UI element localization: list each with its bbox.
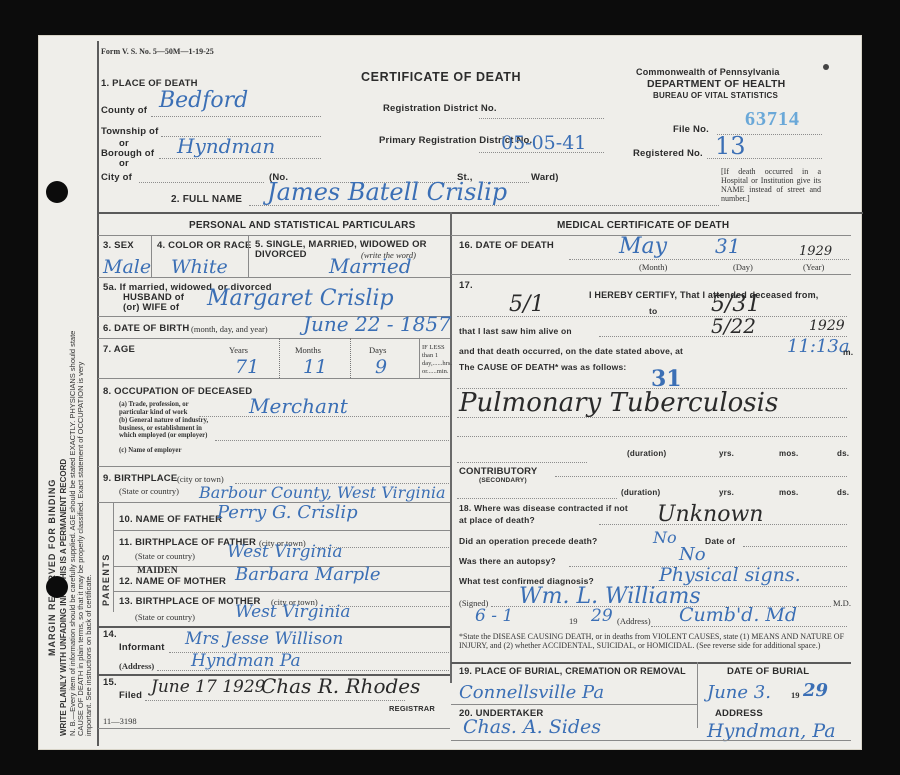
- cause-label: The CAUSE OF DEATH* was as follows:: [459, 362, 626, 372]
- physician-address-label: (Address): [617, 616, 651, 626]
- mos-label: mos.: [779, 449, 798, 458]
- death-time-label: and that death occurred, on the date sta…: [459, 346, 683, 356]
- duration-label: (duration): [627, 449, 666, 458]
- death-certificate: MARGIN RESERVED FOR BINDING WRITE PLAINL…: [38, 35, 862, 750]
- father-label: 10. NAME OF FATHER: [119, 514, 222, 525]
- day-caption: (Day): [733, 262, 753, 272]
- city-label: City of: [101, 172, 132, 183]
- signed-year-prefix: 19: [569, 616, 578, 626]
- attended-from: 5/1: [509, 292, 544, 317]
- contributory-mos-label: mos.: [779, 488, 798, 497]
- contracted-value: Unknown: [657, 502, 763, 527]
- certificate-title: CERTIFICATE OF DEATH: [361, 70, 521, 84]
- contributory-ds-label: ds.: [837, 488, 849, 497]
- full-name-value: James Batell Crislip: [267, 178, 507, 206]
- sex-value: Male: [103, 256, 151, 278]
- registrar-signature: Chas R. Rhodes: [261, 674, 420, 698]
- operation-value: No: [653, 528, 677, 547]
- registered-no-label: Registered No.: [633, 148, 703, 159]
- burial-place-label: 19. PLACE OF BURIAL, CREMATION OR REMOVA…: [459, 666, 689, 676]
- burial-year-prefix: 19: [791, 690, 800, 700]
- personal-section-title: PERSONAL AND STATISTICAL PARTICULARS: [189, 220, 415, 231]
- operation-date-label: Date of: [705, 536, 735, 546]
- death-month: May: [619, 234, 667, 259]
- issuer-department: DEPARTMENT OF HEALTH: [647, 78, 785, 90]
- contracted-label: 18. Where was disease contracted if not …: [459, 502, 629, 526]
- issuer-bureau: BUREAU OF VITAL STATISTICS: [653, 91, 778, 100]
- informant-number: 14.: [103, 629, 117, 640]
- mother-value: Barbara Marple: [235, 564, 381, 585]
- death-time: 11:13a: [787, 336, 850, 357]
- autopsy-label: Was there an autopsy?: [459, 556, 556, 566]
- filed-label: Filed: [119, 690, 142, 701]
- father-birthplace-note-state: (State or country): [135, 551, 195, 561]
- age-days-label: Days: [369, 345, 386, 355]
- age-months: 11: [303, 356, 327, 378]
- filed-number: 15.: [103, 677, 117, 688]
- mother-label-maiden: MAIDEN: [137, 566, 178, 576]
- marital-value: Married: [329, 254, 412, 278]
- signed-year: 29: [591, 606, 613, 626]
- ds-label: ds.: [837, 449, 849, 458]
- age-less-than-day: IF LESS than 1 day,......hrs. or......mi…: [422, 344, 450, 376]
- dob-note: (month, day, and year): [191, 324, 268, 334]
- mother-label: 12. NAME OF MOTHER: [119, 576, 226, 587]
- burial-year: 29: [803, 680, 828, 701]
- registration-district-label: Registration District No.: [383, 104, 473, 114]
- filed-date: June 17 1929: [151, 677, 265, 697]
- file-no-label: File No.: [673, 124, 709, 135]
- spouse-value: Margaret Crislip: [207, 286, 394, 311]
- test-value: Physical signs.: [659, 564, 801, 586]
- informant-value: Mrs Jesse Willison: [185, 629, 343, 649]
- burial-place-value: Connellsville Pa: [459, 682, 604, 703]
- undertaker-value: Chas. A. Sides: [463, 716, 601, 738]
- full-name-label: 2. FULL NAME: [171, 194, 242, 205]
- father-value: Perry G. Crislip: [217, 502, 358, 523]
- age-months-label: Months: [295, 345, 321, 355]
- father-birthplace-value: West Virginia: [227, 542, 343, 562]
- death-year: 1929: [799, 244, 832, 259]
- dob-label: 6. DATE OF BIRTH: [103, 323, 189, 334]
- physician-address: Cumb'd. Md: [679, 604, 797, 626]
- cause-footnote: *State the DISEASE CAUSING DEATH, or in …: [459, 632, 849, 650]
- dob-value: June 22 - 1857: [303, 312, 451, 336]
- margin-instruction-4: important. See instructions on back of c…: [84, 574, 93, 736]
- informant-address-value: Hyndman Pa: [191, 651, 301, 671]
- form-number: Form V. S. No. 5—50M—1-19-25: [101, 47, 214, 56]
- township-label: Township of: [101, 126, 158, 137]
- issuer-commonwealth: Commonwealth of Pennsylvania: [636, 67, 780, 77]
- birthplace-label: 9. BIRTHPLACE: [103, 473, 177, 484]
- margin-rule: [97, 41, 99, 746]
- certify-text: I HEREBY CERTIFY, That I attended deceas…: [589, 290, 818, 300]
- mother-birthplace-value: West Virginia: [235, 602, 351, 622]
- age-years: 71: [235, 356, 259, 378]
- binding-hole-top: [46, 181, 68, 203]
- date-of-death-label: 16. DATE OF DEATH: [459, 240, 554, 251]
- burial-date-label: DATE OF BURIAL: [727, 666, 809, 677]
- hospital-note: [If death occurred in a Hospital or Inst…: [721, 167, 821, 203]
- registered-no-value: 13: [715, 132, 746, 160]
- occupation-a-value: Merchant: [249, 394, 348, 418]
- certify-number: 17.: [459, 280, 473, 291]
- parents-label: PARENTS: [101, 553, 111, 606]
- file-no-stamp: 63714: [745, 108, 800, 131]
- year-caption: (Year): [803, 262, 824, 272]
- md-label: M.D.: [833, 598, 851, 608]
- primary-registration-label: Primary Registration District No.: [379, 136, 489, 146]
- contributory-duration-label: (duration): [621, 488, 660, 497]
- informant-label: Informant: [119, 642, 165, 653]
- binding-hole-bottom: [46, 576, 68, 598]
- borough-value: Hyndman: [177, 134, 275, 158]
- spouse-label-3: (or) WIFE of: [123, 302, 179, 313]
- county-value: Bedford: [159, 88, 248, 113]
- cause-of-death: Pulmonary Tuberculosis: [459, 388, 778, 418]
- undertaker-address-value: Hyndman, Pa: [707, 720, 836, 742]
- registrar-label: REGISTRAR: [389, 704, 435, 713]
- operation-label: Did an operation precede death?: [459, 536, 597, 546]
- race-label: 4. COLOR OR RACE: [157, 240, 252, 251]
- last-saw-year: 1929: [809, 318, 845, 334]
- to-label: to: [649, 306, 657, 316]
- primary-registration-value: 05-05-41: [501, 132, 586, 154]
- age-years-label: Years: [229, 345, 248, 355]
- secondary-label: (SECONDARY): [479, 477, 527, 484]
- medical-section-title: MEDICAL CERTIFICATE OF DEATH: [557, 220, 729, 231]
- last-saw-date: 5/22: [711, 314, 756, 338]
- burial-date-value: June 3.: [707, 682, 771, 703]
- age-days: 9: [375, 356, 387, 378]
- informant-address-label: (Address): [119, 661, 154, 671]
- birthplace-note-state: (State or country): [119, 486, 179, 496]
- occupation-a-label: (a) Trade, profession, or particular kin…: [119, 401, 199, 416]
- month-caption: (Month): [639, 262, 667, 272]
- contributory-label: CONTRIBUTORY: [459, 466, 537, 477]
- mother-birthplace-note-state: (State or country): [135, 612, 195, 622]
- corner-mark: [823, 64, 829, 70]
- yrs-label: yrs.: [719, 449, 734, 458]
- or-label: or: [119, 158, 129, 169]
- signed-date: 6 - 1: [475, 606, 513, 626]
- death-time-suffix: m.: [843, 347, 853, 357]
- occupation-label: 8. OCCUPATION OF DECEASED: [103, 386, 252, 397]
- occupation-b-label: (b) General nature of industry, business…: [119, 417, 219, 440]
- contributory-yrs-label: yrs.: [719, 488, 734, 497]
- last-saw-label: that I last saw him alive on: [459, 326, 572, 336]
- margin-title: MARGIN RESERVED FOR BINDING: [47, 479, 57, 656]
- death-day: 31: [715, 234, 740, 258]
- ward-label: Ward): [531, 172, 559, 183]
- age-label: 7. AGE: [103, 344, 135, 355]
- undertaker-address-label: ADDRESS: [715, 708, 763, 719]
- county-label: County of: [101, 105, 147, 116]
- occupation-c-label: (c) Name of employer: [119, 447, 181, 454]
- footer-code: 11—3198: [103, 716, 137, 726]
- sex-label: 3. SEX: [103, 240, 134, 251]
- race-value: White: [171, 256, 228, 278]
- birthplace-value: Barbour County, West Virginia: [199, 483, 446, 502]
- autopsy-value: No: [679, 544, 706, 565]
